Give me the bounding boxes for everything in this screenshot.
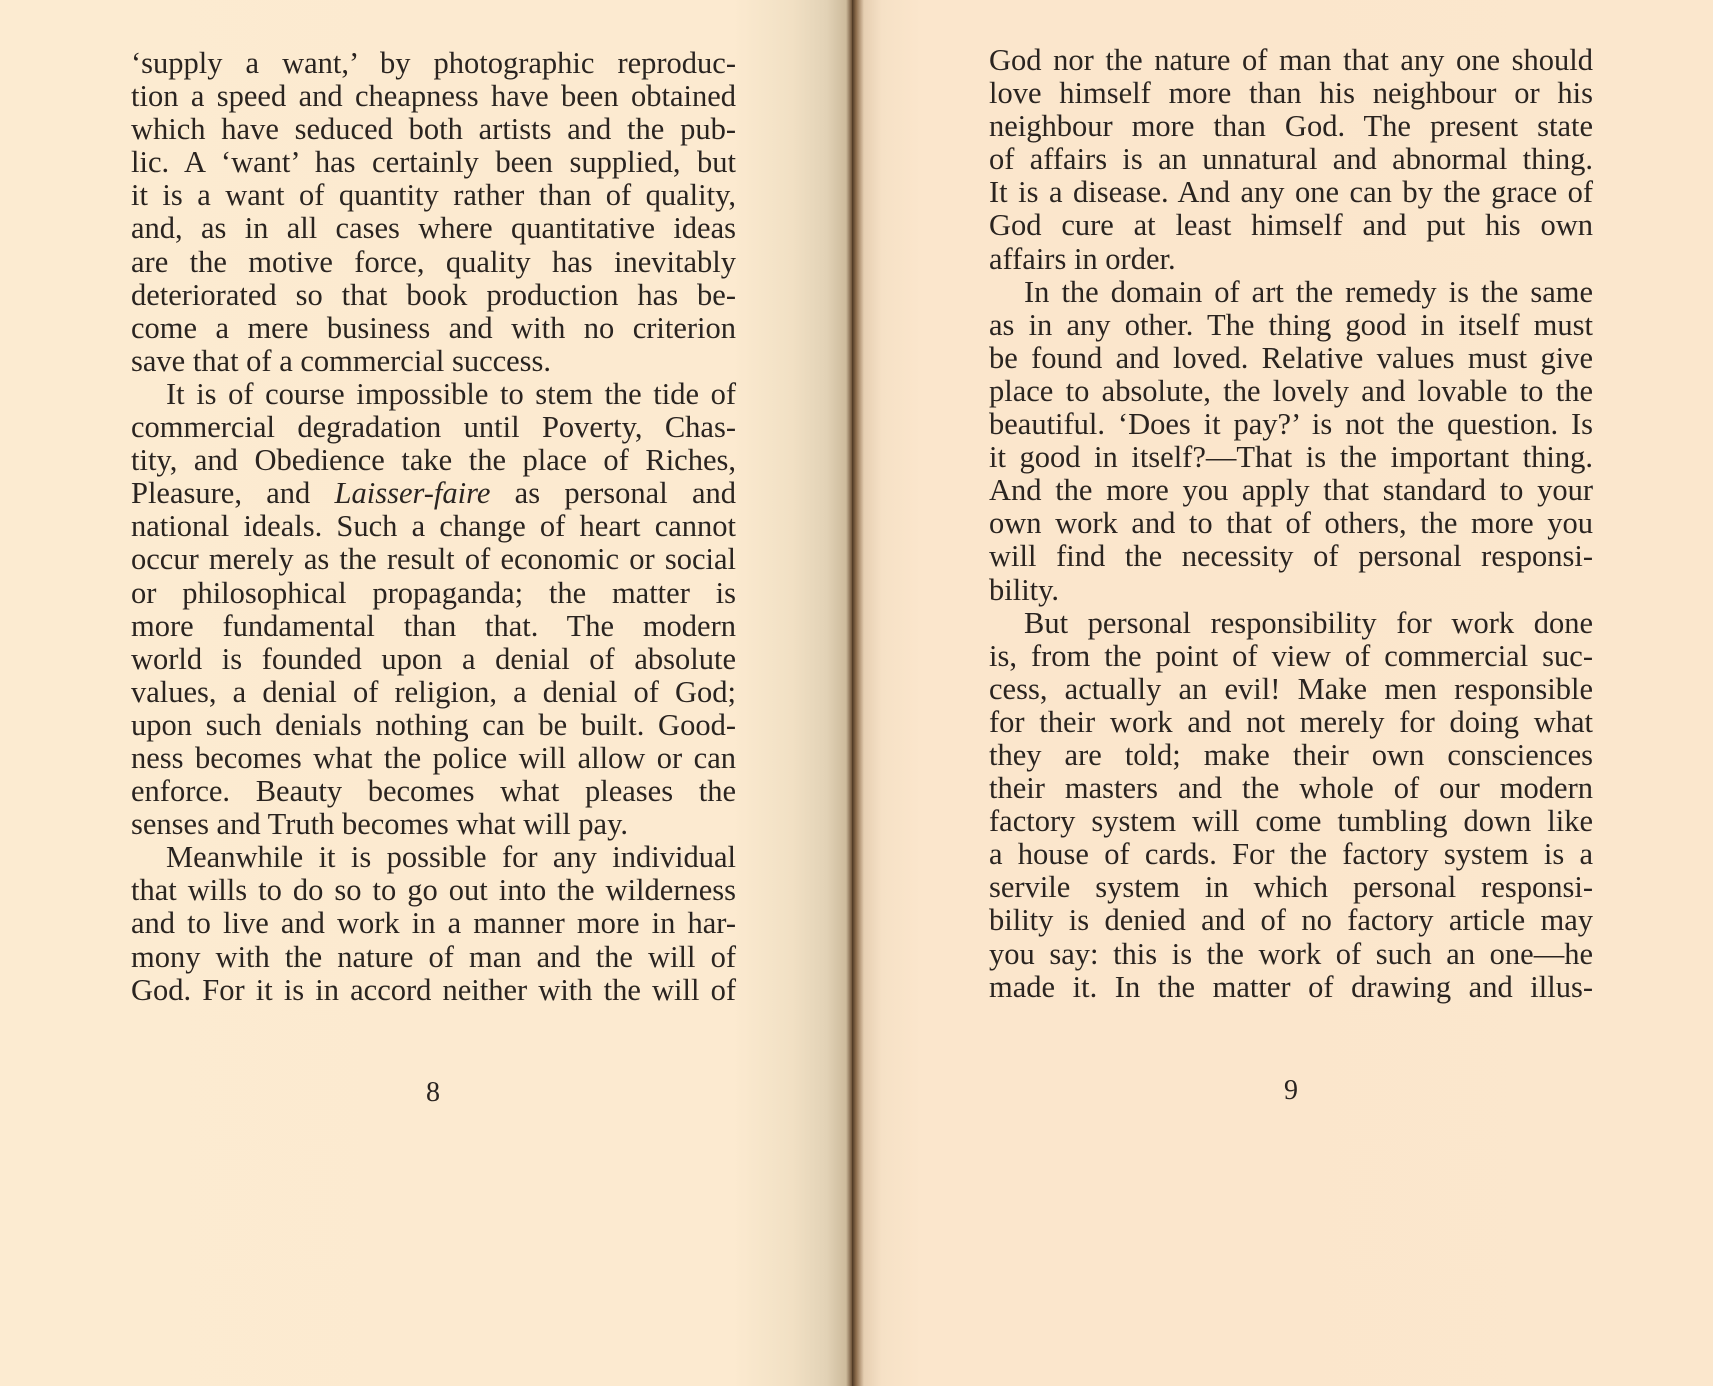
text-line: it is a want of quantity rather than of … xyxy=(131,179,736,212)
book-spread: ‘supply a want,’ by photographic reprodu… xyxy=(0,0,1713,1386)
text-line: it good in itself?—That is the important… xyxy=(989,441,1593,474)
text-line: deteriorated so that book production has… xyxy=(131,279,736,312)
page-number-right: 9 xyxy=(1271,1076,1311,1106)
text-line: love himself more than his neighbour or … xyxy=(989,77,1593,110)
text-line: senses and Truth becomes what will pay. xyxy=(131,808,736,841)
text-line: affairs in order. xyxy=(989,243,1593,276)
text-line: beautiful. ‘Does it pay?’ is not the que… xyxy=(989,408,1593,441)
right-page-text: God nor the nature of man that any one s… xyxy=(989,44,1593,1004)
text-line: made it. In the matter of drawing and il… xyxy=(989,971,1593,1004)
text-line: they are told; make their own conscience… xyxy=(989,739,1593,772)
text-line: you say: this is the work of such an one… xyxy=(989,938,1593,971)
page-number-left: 8 xyxy=(413,1078,453,1108)
text-line: God. For it is in accord neither with th… xyxy=(131,974,736,1007)
text-line: It is of course impossible to stem the t… xyxy=(131,378,736,411)
text-line: ness becomes what the police will allow … xyxy=(131,742,736,775)
text-line: But personal responsibility for work don… xyxy=(989,607,1593,640)
text-line: save that of a commercial success. xyxy=(131,345,736,378)
text-line: world is founded upon a denial of absolu… xyxy=(131,643,736,676)
text-line: values, a denial of religion, a denial o… xyxy=(131,676,736,709)
text-line: or philosophical propaganda; the matter … xyxy=(131,577,736,610)
text-line: as in any other. The thing good in itsel… xyxy=(989,309,1593,342)
text-line: which have seduced both artists and the … xyxy=(131,113,736,146)
text-line: commercial degradation until Poverty, Ch… xyxy=(131,411,736,444)
italic-term: Laisser-faire xyxy=(335,476,491,510)
text-line: more fundamental than that. The modern xyxy=(131,610,736,643)
left-page-text: ‘supply a want,’ by photographic reprodu… xyxy=(131,47,736,1007)
text-line: a house of cards. For the factory system… xyxy=(989,838,1593,871)
text-line: are the motive force, quality has inevit… xyxy=(131,246,736,279)
text-line: come a mere business and with no criteri… xyxy=(131,312,736,345)
text-line-with-italic: Pleasure, and Laisser-faire as personal … xyxy=(131,477,736,510)
text-line: for their work and not merely for doing … xyxy=(989,706,1593,739)
text-line: factory system will come tumbling down l… xyxy=(989,805,1593,838)
text-line: be found and loved. Relative values must… xyxy=(989,342,1593,375)
text-line: is, from the point of view of commercial… xyxy=(989,640,1593,673)
text-line: and, as in all cases where quantitative … xyxy=(131,212,736,245)
text-line: lic. A ‘want’ has certainly been supplie… xyxy=(131,146,736,179)
text-line: tity, and Obedience take the place of Ri… xyxy=(131,444,736,477)
text-line: upon such denials nothing can be built. … xyxy=(131,709,736,742)
text-line: will find the necessity of personal resp… xyxy=(989,540,1593,573)
text-line: their masters and the whole of our moder… xyxy=(989,772,1593,805)
text-line: place to absolute, the lovely and lovabl… xyxy=(989,375,1593,408)
text-line: Meanwhile it is possible for any individ… xyxy=(131,841,736,874)
text-line: bility is denied and of no factory artic… xyxy=(989,904,1593,937)
text-line: And the more you apply that standard to … xyxy=(989,474,1593,507)
text-line: ‘supply a want,’ by photographic reprodu… xyxy=(131,47,736,80)
text-line: occur merely as the result of economic o… xyxy=(131,543,736,576)
text-line: mony with the nature of man and the will… xyxy=(131,941,736,974)
text-line: and to live and work in a manner more in… xyxy=(131,907,736,940)
text-run: as personal and xyxy=(490,476,736,510)
text-line: of affairs is an unnatural and abnormal … xyxy=(989,143,1593,176)
text-line: It is a disease. And any one can by the … xyxy=(989,176,1593,209)
text-line: In the domain of art the remedy is the s… xyxy=(989,276,1593,309)
text-line: neighbour more than God. The present sta… xyxy=(989,110,1593,143)
text-line: servile system in which personal respons… xyxy=(989,871,1593,904)
text-line: cess, actually an evil! Make men respons… xyxy=(989,673,1593,706)
text-line: God nor the nature of man that any one s… xyxy=(989,44,1593,77)
text-line: enforce. Beauty becomes what pleases the xyxy=(131,775,736,808)
text-line: God cure at least himself and put his ow… xyxy=(989,209,1593,242)
text-line: tion a speed and cheapness have been obt… xyxy=(131,80,736,113)
text-line: own work and to that of others, the more… xyxy=(989,507,1593,540)
text-line: national ideals. Such a change of heart … xyxy=(131,510,736,543)
text-line: that wills to do so to go out into the w… xyxy=(131,874,736,907)
text-run: Pleasure, and xyxy=(131,476,335,510)
text-line: bility. xyxy=(989,574,1593,607)
